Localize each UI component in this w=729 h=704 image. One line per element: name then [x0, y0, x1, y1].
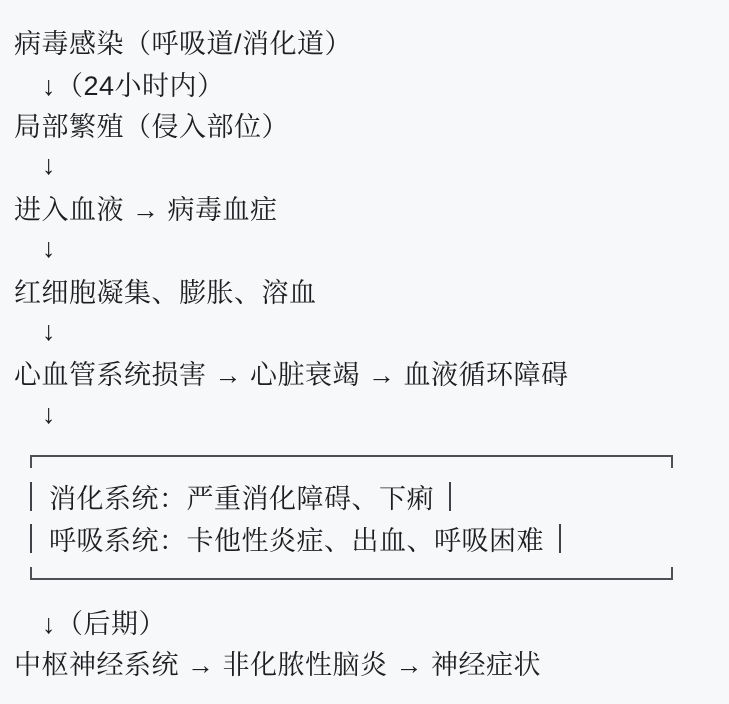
- down-arrow-late-stage: ↓（后期）: [0, 601, 729, 642]
- down-arrow-24h: ↓（24小时内）: [0, 62, 729, 103]
- digestive-system-label: 消化系统：严重消化障碍、下痢: [49, 477, 434, 516]
- step-virus-infection: 病毒感染（呼吸道/消化道）: [0, 21, 729, 62]
- respiratory-system-label: 呼吸系统：卡他性炎症、出血、呼吸困难: [49, 519, 544, 558]
- respiratory-system-row: 呼吸系统：卡他性炎症、出血、呼吸困难: [0, 518, 729, 559]
- step-enter-bloodstream: 进入血液 → 病毒血症: [0, 187, 729, 228]
- down-arrow-icon: ↓: [0, 394, 729, 435]
- box-corner-top-right: [671, 455, 673, 468]
- box-vertical-bar: [559, 524, 561, 553]
- viral-infection-flowchart: 病毒感染（呼吸道/消化道） ↓（24小时内） 局部繁殖（侵入部位） ↓ 进入血液…: [0, 0, 729, 704]
- down-arrow-icon: ↓: [0, 228, 729, 269]
- box-border-top: [30, 455, 673, 457]
- step-local-replication: 局部繁殖（侵入部位）: [0, 104, 729, 145]
- box-corner-top-left: [30, 455, 32, 468]
- box-border-bottom: [30, 578, 673, 580]
- step-red-blood-cells: 红细胞凝集、膨胀、溶血: [0, 269, 729, 310]
- systems-symptoms-box: 消化系统：严重消化障碍、下痢 呼吸系统：卡他性炎症、出血、呼吸困难: [0, 435, 729, 601]
- down-arrow-icon: ↓: [0, 311, 729, 352]
- box-corner-bottom-left: [30, 567, 32, 580]
- box-corner-bottom-right: [671, 567, 673, 580]
- flow-column: 病毒感染（呼吸道/消化道） ↓（24小时内） 局部繁殖（侵入部位） ↓ 进入血液…: [0, 21, 729, 683]
- box-vertical-bar: [449, 482, 451, 511]
- box-vertical-bar: [30, 482, 32, 511]
- box-vertical-bar: [30, 524, 32, 553]
- down-arrow-icon: ↓: [0, 145, 729, 186]
- step-central-nervous-system: 中枢神经系统 → 非化脓性脑炎 → 神经症状: [0, 642, 729, 683]
- digestive-system-row: 消化系统：严重消化障碍、下痢: [0, 476, 729, 517]
- step-cardiovascular-damage: 心血管系统损害 → 心脏衰竭 → 血液循环障碍: [0, 352, 729, 393]
